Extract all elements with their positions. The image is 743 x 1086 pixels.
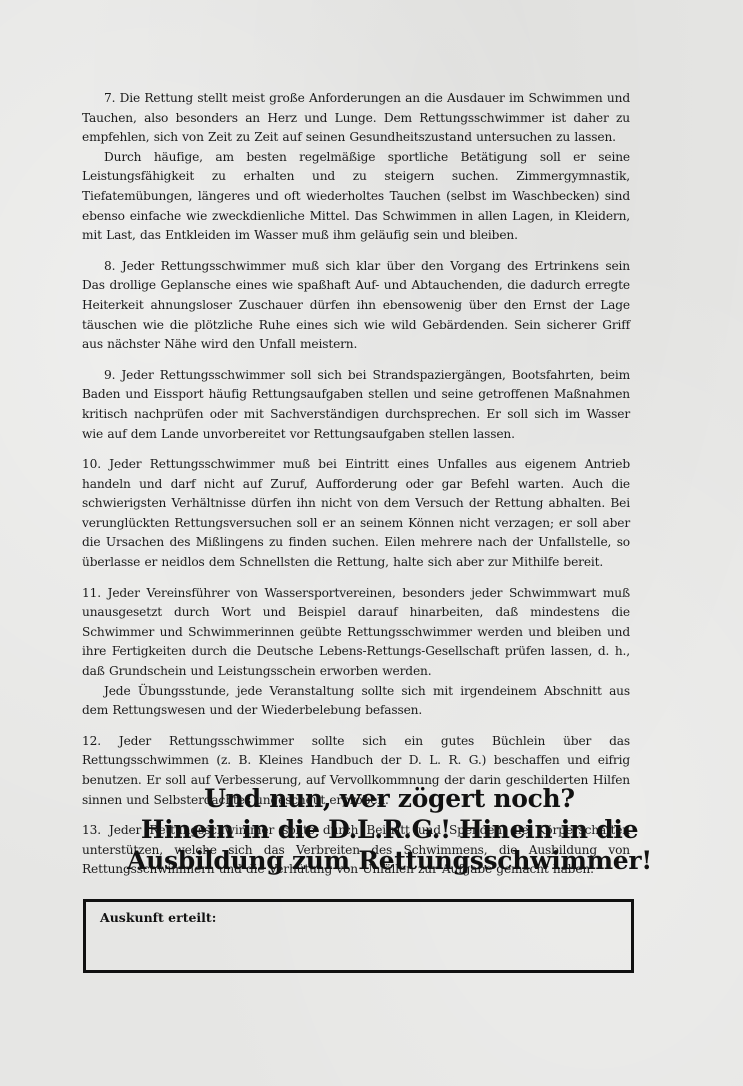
section-number: 11. xyxy=(82,586,101,600)
slogan: Und nun, wer zögert noch? Hinein in die … xyxy=(0,783,743,876)
paragraph: 10. Jeder Rettungsschwimmer muß bei Eint… xyxy=(82,455,630,573)
section-11: 11. Jeder Vereinsführer von Wassersportv… xyxy=(82,584,630,721)
paragraph: 7. Die Rettung stellt meist große Anford… xyxy=(82,89,630,148)
slogan-line-1: Und nun, wer zögert noch? xyxy=(0,783,743,814)
info-box-label: Auskunft erteilt: xyxy=(100,910,216,925)
section-number: 9. xyxy=(104,368,115,382)
info-box: Auskunft erteilt: xyxy=(83,899,634,973)
section-number: 7. xyxy=(104,91,115,105)
paragraph: 9. Jeder Rettungsschwimmer soll sich bei… xyxy=(82,366,630,444)
section-8: 8. Jeder Rettungsschwimmer muß sich klar… xyxy=(82,257,630,355)
paragraph: 11. Jeder Vereinsführer von Wassersportv… xyxy=(82,584,630,682)
paragraph-text: Jeder Rettungsschwimmer muß sich klar üb… xyxy=(82,259,630,351)
paragraph-text: Jeder Rettungsschwimmer soll sich bei St… xyxy=(82,368,630,441)
section-7: 7. Die Rettung stellt meist große Anford… xyxy=(82,89,630,246)
paragraph-text: Jeder Rettungsschwimmer muß bei Eintritt… xyxy=(82,457,630,569)
section-number: 12. xyxy=(82,734,101,748)
paragraph: Durch häufige, am besten regelmäßige spo… xyxy=(82,148,630,246)
paragraph: 8. Jeder Rettungsschwimmer muß sich klar… xyxy=(82,257,630,355)
paragraph: Jede Übungsstunde, jede Veranstaltung so… xyxy=(82,682,630,721)
paragraph-text: Die Rettung stellt meist große Anforderu… xyxy=(82,91,630,144)
section-number: 10. xyxy=(82,457,101,471)
slogan-line-3: Ausbildung zum Rettungsschwimmer! xyxy=(0,845,743,876)
document-body: 7. Die Rettung stellt meist große Anford… xyxy=(82,89,630,891)
section-9: 9. Jeder Rettungsschwimmer soll sich bei… xyxy=(82,366,630,444)
section-number: 8. xyxy=(104,259,115,273)
slogan-line-2: Hinein in die D.L.R.G.! Hinein in die xyxy=(0,814,743,845)
section-10: 10. Jeder Rettungsschwimmer muß bei Eint… xyxy=(82,455,630,573)
paragraph-text: Jeder Vereinsführer von Wassersportverei… xyxy=(82,586,630,678)
